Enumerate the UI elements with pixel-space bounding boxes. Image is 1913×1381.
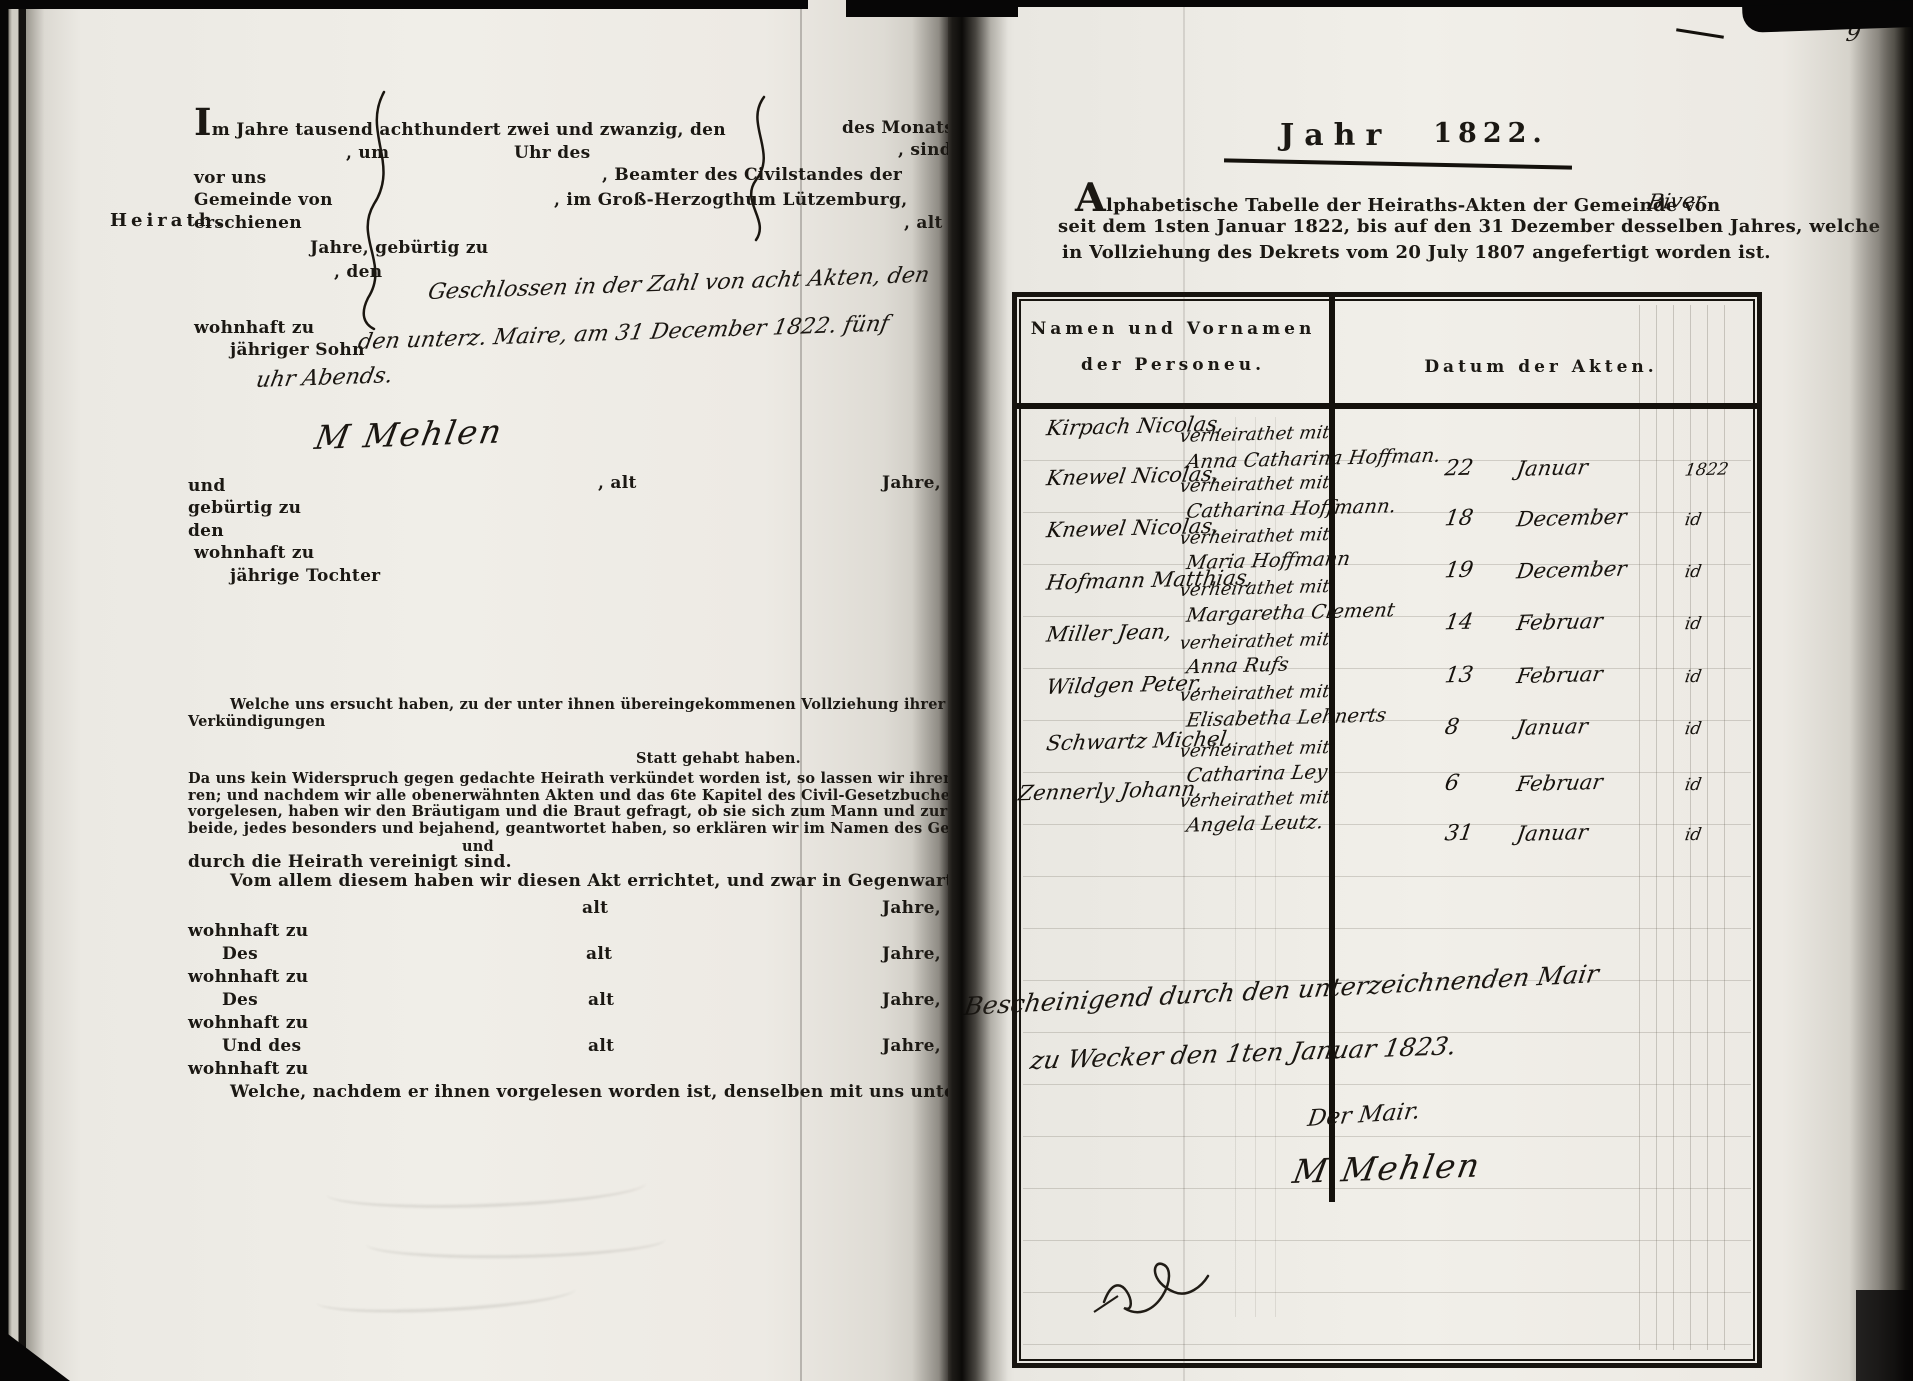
page-crease (1183, 0, 1185, 1381)
entry-name: Zennerly Johann, (1017, 777, 1204, 806)
witness2-alt: alt (586, 944, 612, 964)
col1-header-line1: Namen und Vornamen (1017, 319, 1329, 339)
gegenwart-line: Vom allem diesem haben wir diesen Akt er… (230, 871, 993, 891)
entry-month: Januar (1515, 820, 1589, 846)
form-line5-right: , alt (904, 213, 943, 233)
witness3-alt: alt (588, 990, 614, 1010)
officiant-signature: M Mehlen (312, 412, 506, 457)
form-line2-sind: , sind (898, 140, 952, 160)
form-line8: wohnhaft zu (194, 318, 314, 338)
intro-line1: Alphabetische Tabelle der Heiraths-Akten… (1075, 184, 1721, 216)
entry-linker: verheirathet mit (1178, 472, 1331, 497)
table-row: Knewel Nicolas, verheirathet mit Cathari… (1025, 464, 1743, 516)
ink-flourish-left (344, 88, 404, 333)
table-row: Kirpach Nicolas, verheirathet mit Anna C… (1025, 414, 1743, 466)
witness4-alt: alt (588, 1036, 614, 1056)
header-rule (1017, 403, 1757, 409)
form-line5-left: erschienen (194, 213, 302, 233)
witness4-jahre: Jahre, (882, 1036, 941, 1056)
marriage-index-table: Namen und Vornamen der Personeu. Datum d… (1012, 292, 1762, 1368)
handwriting-line3: uhr Abends. (254, 363, 395, 393)
year-title-word: Jahr (1280, 118, 1391, 153)
form-line10-und: und (188, 476, 226, 496)
form-line4-left: Gemeinde von (194, 190, 333, 210)
witness2-des: Des (222, 944, 258, 964)
bleed-smudge (315, 1273, 576, 1318)
entry-linker: verheirathet mit (1178, 576, 1331, 601)
witness2-jahre: Jahre, (882, 944, 941, 964)
table-row: Miller Jean, verheirathet mit Anna Rufs … (1025, 621, 1743, 673)
entry-linker: verheirathet mit (1178, 422, 1331, 447)
title-underline (1224, 158, 1572, 169)
form-line11: gebürtig zu (188, 498, 301, 518)
page-number: 9 (1844, 22, 1863, 47)
paragraph2-line4: beide, jedes besonders und bejahend, gea… (188, 820, 1042, 837)
form-line9: jähriger Sohn (230, 340, 365, 360)
col1-header-line2: der Personeu. (1017, 355, 1329, 375)
entry-linker: verheirathet mit (1178, 737, 1331, 762)
table-row: Knewel Nicolas, verheirathet mit Maria H… (1025, 516, 1743, 568)
witness1-wohnhaft: wohnhaft zu (188, 921, 308, 941)
year-title-value: 1822. (1433, 118, 1548, 153)
entry-linker: verheirathet mit (1178, 787, 1331, 812)
entry-name: Miller Jean, (1045, 619, 1173, 646)
entry-linker: verheirathet mit (1178, 629, 1331, 654)
intro-line3: in Vollziehung des Dekrets vom 20 July 1… (1062, 242, 1771, 263)
witness4-wohnhaft: wohnhaft zu (188, 1059, 308, 1079)
form-line10-jahre: Jahre, (882, 473, 941, 493)
table-row: Hofmann Matthias, verheirathet mit Marga… (1025, 568, 1743, 620)
witness1-jahre: Jahre, (882, 898, 941, 918)
entry-year: id (1683, 825, 1702, 845)
left-page: Heirath. Im Jahre tausend achthundert zw… (26, 0, 948, 1381)
form-line2-uhr: Uhr des (514, 143, 590, 163)
form-line13: wohnhaft zu (194, 543, 314, 563)
entry-linker: verheirathet mit (1178, 681, 1331, 706)
form-line10-alt: , alt (598, 473, 637, 493)
witness3-des: Des (222, 990, 258, 1010)
year-title: Jahr 1822. (1280, 118, 1548, 153)
witness3-jahre: Jahre, (882, 990, 941, 1010)
entry-spouse: Angela Leutz. (1185, 810, 1325, 837)
table-row: Wildgen Peter, verheirathet mit Elisabet… (1025, 673, 1743, 725)
paragraph1-line2: Verkündigungen (188, 713, 326, 730)
mayor-signature: M Mehlen (1290, 1146, 1484, 1191)
bleed-smudge (366, 1222, 667, 1260)
intro-commune-handwritten: Biver. (1646, 188, 1712, 214)
form-line12: den (188, 521, 224, 541)
handwriting-line2: den unterz. Maire, am 31 December 1822. … (356, 312, 891, 355)
ink-flourish-right (730, 94, 784, 244)
form-line3-left: vor uns (194, 168, 266, 188)
table-row: Schwartz Michel, verheirathet mit Cathar… (1025, 729, 1743, 781)
handwriting-line1: Geschlossen in der Zahl von acht Akten, … (426, 263, 931, 305)
form-line1-left: Im Jahre tausend achthundert zwei und zw… (194, 108, 726, 140)
pen-stroke (1676, 28, 1724, 38)
book-scan: Heirath. Im Jahre tausend achthundert zw… (0, 0, 1913, 1381)
bleed-smudge (325, 1164, 646, 1212)
table-row: Zennerly Johann, verheirathet mit Angela… (1025, 779, 1743, 831)
intro-line2: seit dem 1sten Januar 1822, bis auf den … (1058, 216, 1880, 237)
statt-gehabt: Statt gehabt haben. (636, 750, 801, 767)
scan-edge-left (0, 0, 26, 1381)
entry-linker: verheirathet mit (1178, 524, 1331, 549)
vereinigt-line: durch die Heirath vereinigt sind. (188, 852, 512, 872)
witness3-wohnhaft: wohnhaft zu (188, 1013, 308, 1033)
form-line14: jährige Tochter (230, 566, 380, 586)
witness4-und-des: Und des (222, 1036, 301, 1056)
right-page: 9 Jahr 1822. Alphabetische Tabelle der H… (948, 0, 1896, 1381)
ink-scribble (1090, 1252, 1220, 1324)
col2-header: Datum der Akten. (1335, 357, 1747, 377)
form-line1-right: des Monats (842, 118, 954, 138)
witness1-alt: alt (582, 898, 608, 918)
witness2-wohnhaft: wohnhaft zu (188, 967, 308, 987)
entry-day: 31 (1443, 821, 1475, 847)
